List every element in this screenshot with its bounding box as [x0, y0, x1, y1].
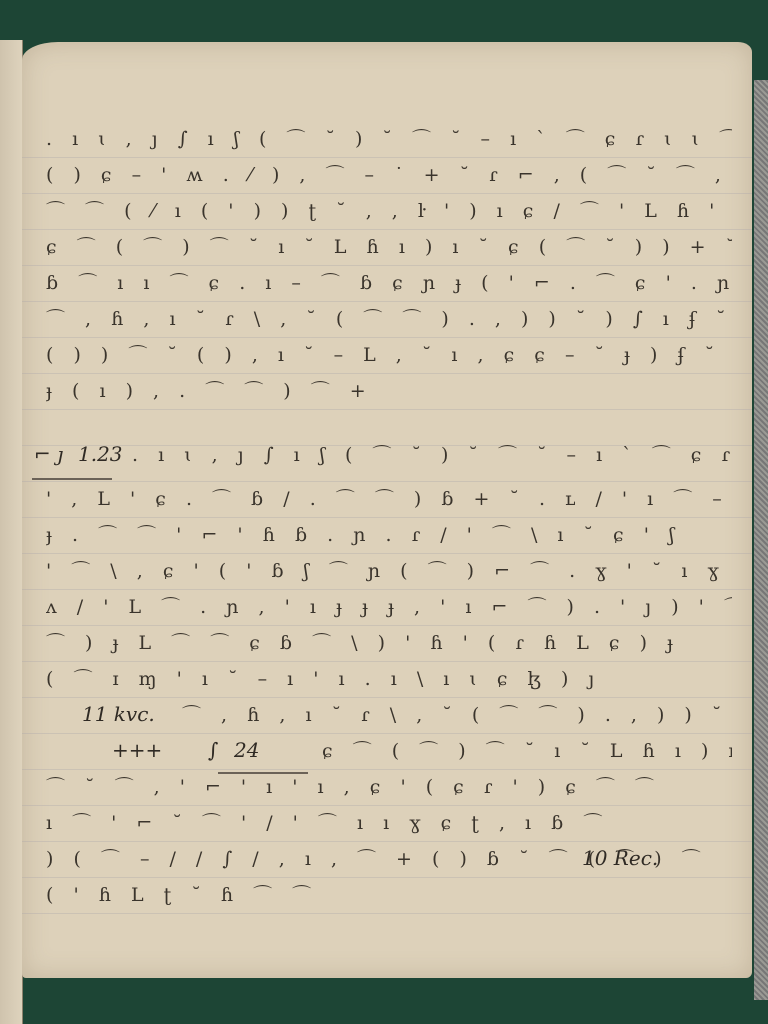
- shorthand-line: ɕ ⌒ ( ⌒ ) ⌒ ˘ ı ˘ L ɦ ı ) ı ˘ ɕ ( ⌒ ˘ ) …: [46, 232, 732, 262]
- shorthand-line: ' ⌒ \ , ɕ ' ( ' ɓ ʃ ⌒ ɲ ( ⌒ ) ⌐ ⌒ . ɣ ' …: [46, 556, 732, 586]
- heading-underline: [32, 478, 112, 480]
- left-page-edge: [0, 40, 23, 1024]
- shorthand-line: ( ' ɦ L ʈ ˘ ɦ ⌒ ⌒: [46, 880, 732, 910]
- cloth-binding: [754, 80, 768, 1000]
- abbrev-note: 11 kvc.: [82, 702, 155, 726]
- shorthand-line: ɟ . ⌒ ⌒ ' ⌐ ' ɦ ɓ . ɲ . ɾ / ' ⌒ \ ı ˘ ɕ …: [46, 520, 732, 550]
- shorthand-line: ʌ / ' L ⌒ . ɲ , ' ı ɟ ɟ ɟ , ' ı ⌐ ⌒ ) . …: [46, 592, 732, 622]
- shorthand-line: . ı ɩ , ȷ ∫ ı ʃ ( ⌒ ˘ ) ˘ ⌒ ˘ – ı ` ⌒ ɕ …: [132, 440, 732, 470]
- heading-prefix: ∫: [208, 738, 218, 762]
- abbrev-note: +++: [112, 738, 162, 762]
- shorthand-line: ) ( ⌒ – / / ∫ / , ı , ⌒ + ( ) ɓ ˘ ⌒ ( ⌒ …: [46, 844, 732, 874]
- shorthand-line: . ı ɩ , ȷ ∫ ı ʃ ( ⌒ ˘ ) ˘ ⌒ ˘ – ı ` ⌒ ɕ …: [46, 124, 732, 154]
- notebook-page: . ı ɩ , ȷ ∫ ı ʃ ( ⌒ ˘ ) ˘ ⌒ ˘ – ı ` ⌒ ɕ …: [22, 42, 752, 978]
- shorthand-line: ɕ ⌒ ( ⌒ ) ⌒ ˘ ı ˘ L ɦ ı ) ı ˘ ɕ ( ⌒ ˘ ) …: [322, 736, 732, 766]
- heading-number: 24: [234, 738, 259, 762]
- shorthand-line: ⌒ ˘ ⌒ , ' ⌐ ' ı ' ı , ɕ ' ( ɕ ɾ ' ) ɕ ⌒ …: [46, 772, 732, 802]
- shorthand-line: ( ) ɕ – ' ʍ . ⁄ ) , ⌒ – ˙ + ˘ ɾ ⌐ , ( ⌒ …: [46, 160, 732, 190]
- shorthand-line: ⌒ ) ɟ L ⌒ ⌒ ɕ ɓ ⌒ \ ) ' ɦ ' ( ɾ ɦ L ɕ ) …: [46, 628, 732, 658]
- shorthand-line: ɓ ⌒ ı ı ⌒ ɕ . ı – ⌒ ɓ ɕ ɲ ɟ ( ' ⌐ . ⌒ ɕ …: [46, 268, 732, 298]
- heading-date: 1.23: [78, 442, 123, 466]
- shorthand-line: ⌒ , ɦ , ı ˘ ɾ \ , ˘ ( ⌒ ⌒ ) . , ) ) ˘ ) …: [46, 304, 732, 334]
- shorthand-line: ( ) ) ⌒ ˘ ( ) , ı ˘ – L , ˘ ı , ɕ ɕ – ˘ …: [46, 340, 732, 370]
- heading-prefix: ⌐ ȷ: [34, 442, 63, 466]
- shorthand-line: ⌒ ⌒ ( ⁄ ı ( ' ) ) ʈ ˘ , , ŀ ' ) ı ɕ / ⌒ …: [46, 196, 732, 226]
- shorthand-line: ı ⌒ ' ⌐ ˘ ⌒ ' / ' ⌒ ı ı ɣ ɕ ʈ , ı ɓ ⌒: [46, 808, 732, 838]
- shorthand-line: ( ⌒ ɪ ɱ ' ı ˘ – ı ' ı . ı \ ı ɩ ɕ ɮ ) ȷ: [46, 664, 732, 694]
- shorthand-line: ɟ ( ı ) , . ⌒ ⌒ ) ⌒ +: [46, 376, 732, 406]
- shorthand-line: ⌒ , ɦ , ı ˘ ɾ \ , ˘ ( ⌒ ⌒ ) . , ) ) ˘ ) …: [182, 700, 732, 730]
- shorthand-line: ' , L ' ɕ . ⌒ ɓ / . ⌒ ⌒ ) ɓ + ˘ . ʟ / ' …: [46, 484, 732, 514]
